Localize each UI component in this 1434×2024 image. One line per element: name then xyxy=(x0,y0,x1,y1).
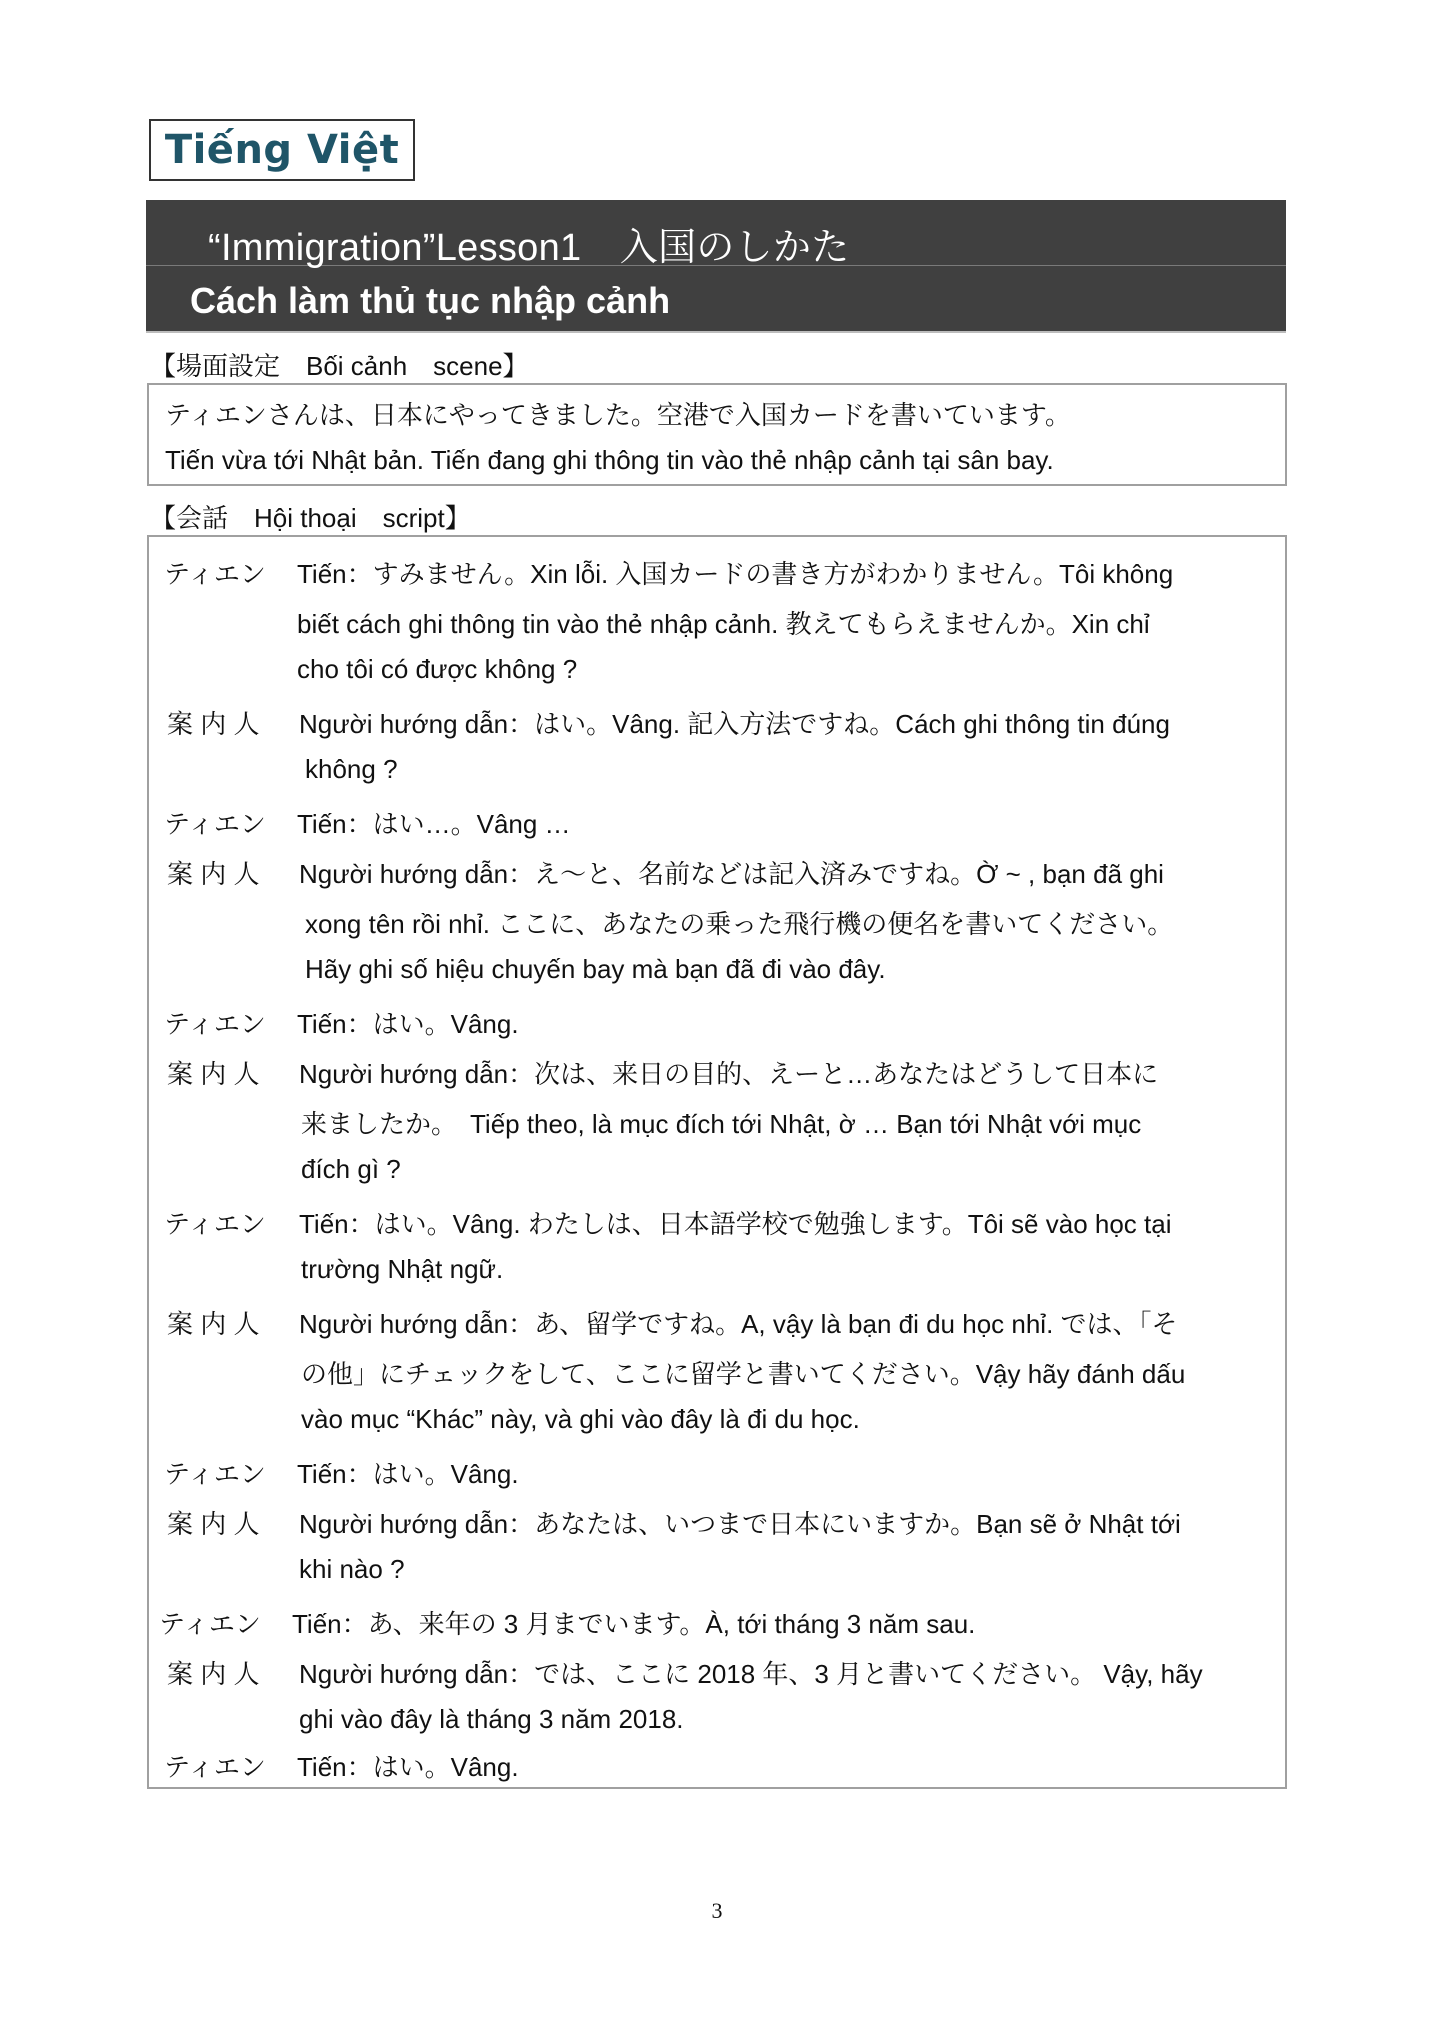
dialogue-line: 来ましたか。 Tiếp theo, là mục đích tới Nhật, … xyxy=(301,1104,1141,1141)
speaker-label: 案 内 人 xyxy=(167,704,259,741)
speaker-label: 案 内 人 xyxy=(167,854,259,891)
speaker-label: ティエン xyxy=(164,1747,266,1784)
script-label: 【会話 Hội thoại script】 xyxy=(150,498,471,535)
dialogue-line: Tiến：はい。Vâng. xyxy=(297,1004,519,1041)
speaker-label: 案 内 人 xyxy=(167,1504,259,1541)
speaker-label: ティエン xyxy=(164,554,266,591)
dialogue-line: đích gì ? xyxy=(301,1154,401,1185)
language-badge: Tiếng Việt xyxy=(149,119,415,181)
speaker-label: ティエン xyxy=(164,1454,266,1491)
dialogue-line: の他」にチェックをして、ここに留学と書いてください。Vậy hãy đánh d… xyxy=(301,1354,1185,1391)
speaker-label: ティエン xyxy=(164,1204,266,1241)
script-box: ティエン Tiến：すみません。Xin lỗi. 入国カードの書き方がわかりませ… xyxy=(147,535,1287,1789)
dialogue-line: biết cách ghi thông tin vào thẻ nhập cản… xyxy=(297,604,1150,641)
dialogue-line: vào mục “Khác” này, và ghi vào đây là đi… xyxy=(301,1404,860,1435)
dialogue-line: Người hướng dẫn：あ、留学ですね。A, vậy là bạn đi… xyxy=(299,1304,1178,1341)
dialogue-line: xong tên rồi nhỉ. ここに、あなたの乗った飛行機の便名を書いてく… xyxy=(305,904,1173,941)
scene-vietnamese: Tiến vừa tới Nhật bản. Tiến đang ghi thô… xyxy=(165,445,1054,476)
dialogue-line: Người hướng dẫn：え～と、名前などは記入済みですね。Ờ ~ , b… xyxy=(299,854,1164,891)
dialogue-line: Người hướng dẫn：次は、来日の目的、えーと…あなたはどうして日本に xyxy=(299,1054,1158,1091)
dialogue-line: Tiến：はい。Vâng. xyxy=(297,1747,519,1784)
dialogue-line: Tiến：すみません。Xin lỗi. 入国カードの書き方がわかりません。Tôi… xyxy=(297,554,1173,591)
dialogue-line: trường Nhật ngữ. xyxy=(301,1254,503,1285)
dialogue-line: Người hướng dẫn：あなたは、いつまで日本にいますか。Bạn sẽ … xyxy=(299,1504,1181,1541)
speaker-label: 案 内 人 xyxy=(167,1054,259,1091)
dialogue-line: Tiến：はい。Vâng. わたしは、日本語学校で勉強します。Tôi sẽ và… xyxy=(299,1204,1171,1241)
dialogue-line: Tiến：はい。Vâng. xyxy=(297,1454,519,1491)
scene-label: 【場面設定 Bối cảnh scene】 xyxy=(150,346,529,383)
scene-japanese: ティエンさんは、日本にやってきました。空港で入国カードを書いています。 xyxy=(165,395,1071,432)
speaker-label: ティエン xyxy=(164,1004,266,1041)
lesson-subtitle: Cách làm thủ tục nhập cảnh xyxy=(190,280,670,322)
lesson-title-row: “Immigration”Lesson1 入国のしかた xyxy=(146,200,1286,266)
dialogue-line: Người hướng dẫn：はい。Vâng. 記入方法ですね。Cách gh… xyxy=(299,704,1170,741)
speaker-label: ティエン xyxy=(164,804,266,841)
dialogue-line: Tiến：あ、来年の 3 月までいます。À, tới tháng 3 năm s… xyxy=(292,1604,975,1641)
page-number: 3 xyxy=(0,1898,1434,1924)
lesson-title: “Immigration”Lesson1 入国のしかた xyxy=(208,216,850,271)
dialogue-line: ghi vào đây là tháng 3 năm 2018. xyxy=(299,1704,684,1735)
dialogue-line: không ? xyxy=(305,754,398,785)
lesson-title-band: “Immigration”Lesson1 入国のしかた Cách làm thủ… xyxy=(146,200,1286,333)
speaker-label: 案 内 人 xyxy=(167,1654,259,1691)
lesson-subtitle-row: Cách làm thủ tục nhập cảnh xyxy=(146,266,1286,333)
speaker-label: 案 内 人 xyxy=(167,1304,259,1341)
dialogue-line: cho tôi có được không ? xyxy=(297,654,577,685)
dialogue-line: khi nào ? xyxy=(299,1554,405,1585)
dialogue-line: Tiến：はい…。Vâng … xyxy=(297,804,571,841)
dialogue-line: Người hướng dẫn：では、ここに 2018 年、3 月と書いてくださ… xyxy=(299,1654,1203,1691)
scene-box: ティエンさんは、日本にやってきました。空港で入国カードを書いています。 Tiến… xyxy=(147,383,1287,486)
speaker-label: ティエン xyxy=(159,1604,261,1641)
dialogue-line: Hãy ghi số hiệu chuyến bay mà bạn đã đi … xyxy=(305,954,886,985)
